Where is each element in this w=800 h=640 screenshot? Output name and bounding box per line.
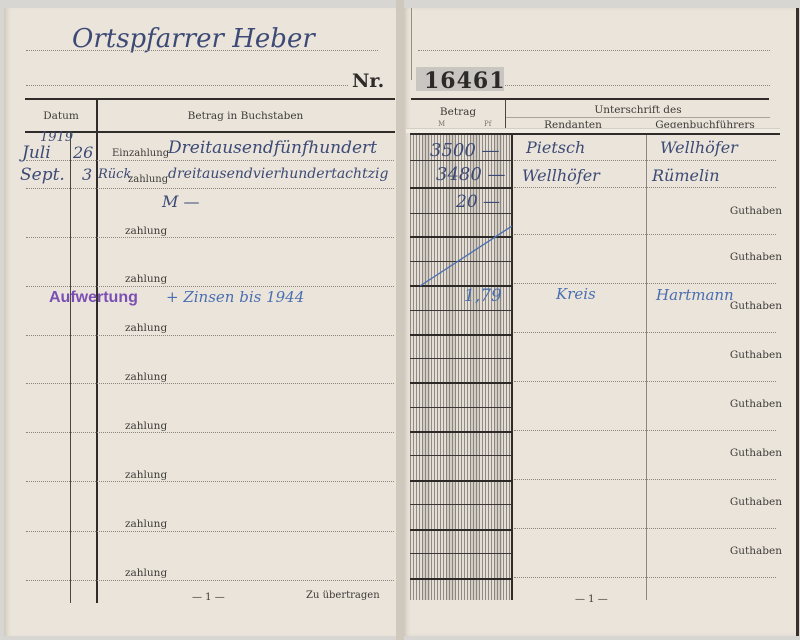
header-top-rule (25, 98, 395, 100)
right-header-top-rule (411, 98, 769, 100)
row-divider (514, 187, 776, 188)
row-divider (514, 577, 776, 578)
grid-row-line (410, 213, 512, 214)
page-edge-line (411, 8, 412, 80)
book-gutter (396, 0, 404, 640)
header-betrag-in-buchstaben: Betrag in Buchstaben (98, 110, 393, 122)
nr-label: Nr. (352, 70, 384, 92)
grid-row-line (410, 334, 512, 336)
guthaben-label: Guthaben (730, 398, 782, 410)
signature-gegenbuch-1: Wellhöfer (660, 138, 738, 157)
guthaben-label: Guthaben (730, 300, 782, 312)
zahlung-label: zahlung (125, 322, 167, 334)
grid-row-line (410, 504, 512, 505)
entry-day-2: 3 (82, 165, 92, 184)
zahlung-label: zahlung (125, 371, 167, 383)
row-divider (26, 188, 394, 189)
zahlung-label: zahlung (125, 567, 167, 579)
aufwertung-stamp: Aufwertung (49, 289, 138, 307)
right-dotted-line-2 (505, 85, 770, 86)
signature-gegenbuch-aufwertung: Hartmann (656, 286, 734, 304)
header-unterschrift: Unterschrift des (506, 104, 770, 116)
amount-3: 20 — (456, 192, 500, 212)
row-divider (514, 283, 776, 284)
signature-rendant-1: Pietsch (526, 138, 585, 157)
zahlung-label: zahlung (125, 225, 167, 237)
row-divider (514, 332, 776, 333)
amount-1: 3500 — (430, 140, 500, 161)
guthaben-label: Guthaben (730, 545, 782, 557)
row-divider (514, 160, 776, 161)
guthaben-label: Guthaben (730, 251, 782, 263)
row-divider (514, 479, 776, 480)
header-sub-divider (506, 117, 770, 118)
zahlung-label: zahlung (128, 174, 168, 185)
grid-row-line (410, 529, 512, 531)
header-datum: Datum (25, 110, 97, 122)
row-divider (26, 481, 394, 482)
guthaben-label: Guthaben (730, 447, 782, 459)
header-pf-mark: Pf (484, 120, 491, 128)
grid-row-line (410, 310, 512, 311)
zu-uebertragen-label: Zu übertragen (306, 590, 380, 601)
entry-words-2: dreitausendvierhundertachtzig (168, 166, 388, 182)
account-number: 16461 (416, 67, 504, 94)
datum-day-divider (70, 133, 71, 603)
row-divider (514, 528, 776, 529)
signature-gegenbuch-2: Rümelin (652, 166, 720, 185)
grid-row-line (410, 382, 512, 384)
grid-row-line (410, 358, 512, 359)
zahlung-label: zahlung (125, 469, 167, 481)
row-divider (514, 381, 776, 382)
right-page-number: — 1 — (575, 594, 608, 605)
nr-dotted-line (26, 85, 348, 86)
grid-row-line (410, 480, 512, 482)
row-divider (26, 531, 394, 532)
left-page (4, 8, 398, 636)
owner-dotted-line (26, 50, 378, 51)
rueck-prefix-handwritten: Rück (98, 167, 131, 182)
row-divider (26, 335, 394, 336)
row-divider (514, 234, 776, 235)
row-divider (26, 580, 394, 581)
row-divider (26, 383, 394, 384)
account-number-box: 16461 (416, 67, 504, 91)
header-currency-mark: M (438, 120, 445, 128)
guthaben-label: Guthaben (730, 205, 782, 217)
zahlung-label: zahlung (125, 420, 167, 432)
strike-line (420, 224, 515, 290)
amount-aufwertung: 1,79 (464, 286, 502, 306)
amount-2: 3480 — (436, 164, 506, 185)
zahlung-label: zahlung (125, 518, 167, 530)
grid-row-line (410, 431, 512, 433)
row-divider (26, 160, 394, 161)
grid-row-line (410, 578, 512, 580)
entry-words-1: Dreitausendfünfhundert (168, 138, 377, 158)
row-divider (514, 430, 776, 431)
header-bottom-rule (25, 131, 395, 133)
entry-continuation: M — (162, 192, 199, 211)
guthaben-label: Guthaben (730, 496, 782, 508)
grid-row-line (410, 187, 512, 189)
row-divider (26, 432, 394, 433)
grid-row-line (410, 407, 512, 408)
right-dotted-line-1 (418, 50, 770, 51)
row-divider (26, 237, 394, 238)
zinsen-note: + Zinsen bis 1944 (166, 288, 304, 306)
left-page-number: — 1 — (192, 592, 225, 603)
signature-rendant-2: Wellhöfer (522, 166, 600, 185)
signature-rendant-aufwertung: Kreis (556, 285, 596, 303)
entry-month-2: Sept. (20, 165, 65, 185)
zahlung-label: zahlung (125, 273, 167, 285)
grid-row-line (410, 455, 512, 456)
row-divider (26, 286, 394, 287)
guthaben-label: Guthaben (730, 349, 782, 361)
grid-row-line (410, 553, 512, 554)
signature-column-divider (646, 135, 647, 600)
einzahlung-label: Einzahlung (112, 148, 169, 159)
header-betrag: Betrag (412, 106, 504, 118)
